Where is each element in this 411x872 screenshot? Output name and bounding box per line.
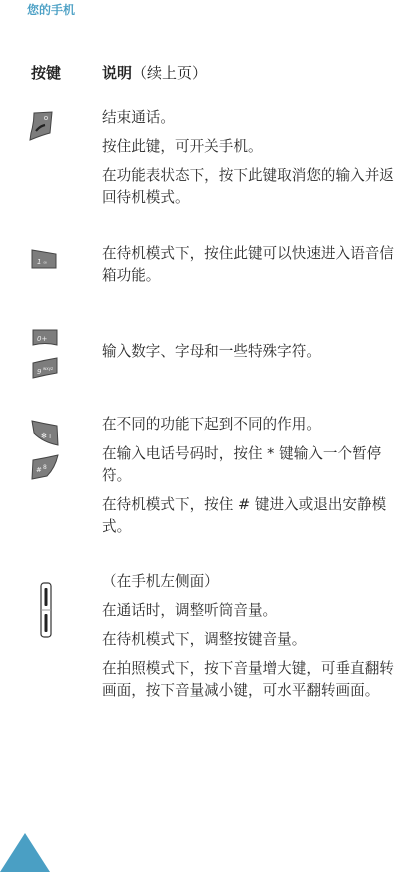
key-0-icon: 0+ [32, 326, 58, 346]
volume-side-keys-icon [40, 582, 52, 638]
desc-paragraph: 按住此键，可开关手机。 [102, 136, 402, 158]
page-corner-triangle-icon [0, 833, 50, 872]
column-header-key: 按键 [31, 62, 61, 83]
svg-text:8: 8 [43, 464, 47, 471]
column-header-desc-bold: 说明 [102, 64, 132, 82]
key-1-voicemail-icon: 1 ∞ [31, 249, 57, 269]
key-description: 结束通话。 按住此键，可开关手机。 在功能表状态下，按下此键取消您的输入并返回待… [102, 107, 402, 216]
key-description: （在手机左侧面） 在通话时，调整听筒音量。 在待机模式下，调整按键音量。 在拍照… [102, 571, 402, 709]
svg-text:0+: 0+ [37, 335, 47, 343]
svg-text:#: # [36, 466, 42, 474]
desc-paragraph: 结束通话。 [102, 107, 402, 129]
svg-text:wxyz: wxyz [43, 366, 53, 371]
desc-paragraph: 在输入电话号码时，按住 * 键输入一个暂停符。 [102, 443, 402, 487]
desc-paragraph: 在待机模式下，调整按键音量。 [102, 629, 402, 651]
column-header-description: 说明（续上页） [102, 62, 207, 83]
column-header-desc-suffix: （续上页） [132, 64, 207, 82]
key-description: 在不同的功能下起到不同的作用。 在输入电话号码时，按住 * 键输入一个暂停符。 … [102, 414, 402, 545]
star-key-icon: ✻ ı [31, 420, 59, 446]
page-header: 您的手机 [27, 1, 75, 18]
svg-text:9: 9 [37, 368, 42, 376]
svg-text:1: 1 [37, 258, 41, 266]
svg-text:∞: ∞ [43, 260, 47, 266]
desc-paragraph: 在功能表状态下，按下此键取消您的输入并返回待机模式。 [102, 165, 402, 209]
desc-paragraph: 在通话时，调整听筒音量。 [102, 600, 402, 622]
desc-paragraph: （在手机左侧面） [102, 571, 402, 593]
end-power-key-icon [28, 111, 54, 141]
desc-paragraph: 在待机模式下，按住 # 键进入或退出安静模式。 [102, 494, 402, 538]
key-description: 在待机模式下，按住此键可以快速进入语音信箱功能。 [102, 243, 402, 294]
hash-key-icon: # 8 [31, 454, 59, 480]
desc-paragraph: 输入数字、字母和一些特殊字符。 [102, 341, 402, 363]
key-9-icon: 9 wxyz [32, 357, 58, 379]
key-description: 输入数字、字母和一些特殊字符。 [102, 341, 402, 370]
svg-text:✻ ı: ✻ ı [41, 432, 51, 440]
desc-paragraph: 在拍照模式下，按下音量增大键，可垂直翻转画面，按下音量减小键，可水平翻转画面。 [102, 658, 402, 702]
desc-paragraph: 在待机模式下，按住此键可以快速进入语音信箱功能。 [102, 243, 402, 287]
desc-paragraph: 在不同的功能下起到不同的作用。 [102, 414, 402, 436]
